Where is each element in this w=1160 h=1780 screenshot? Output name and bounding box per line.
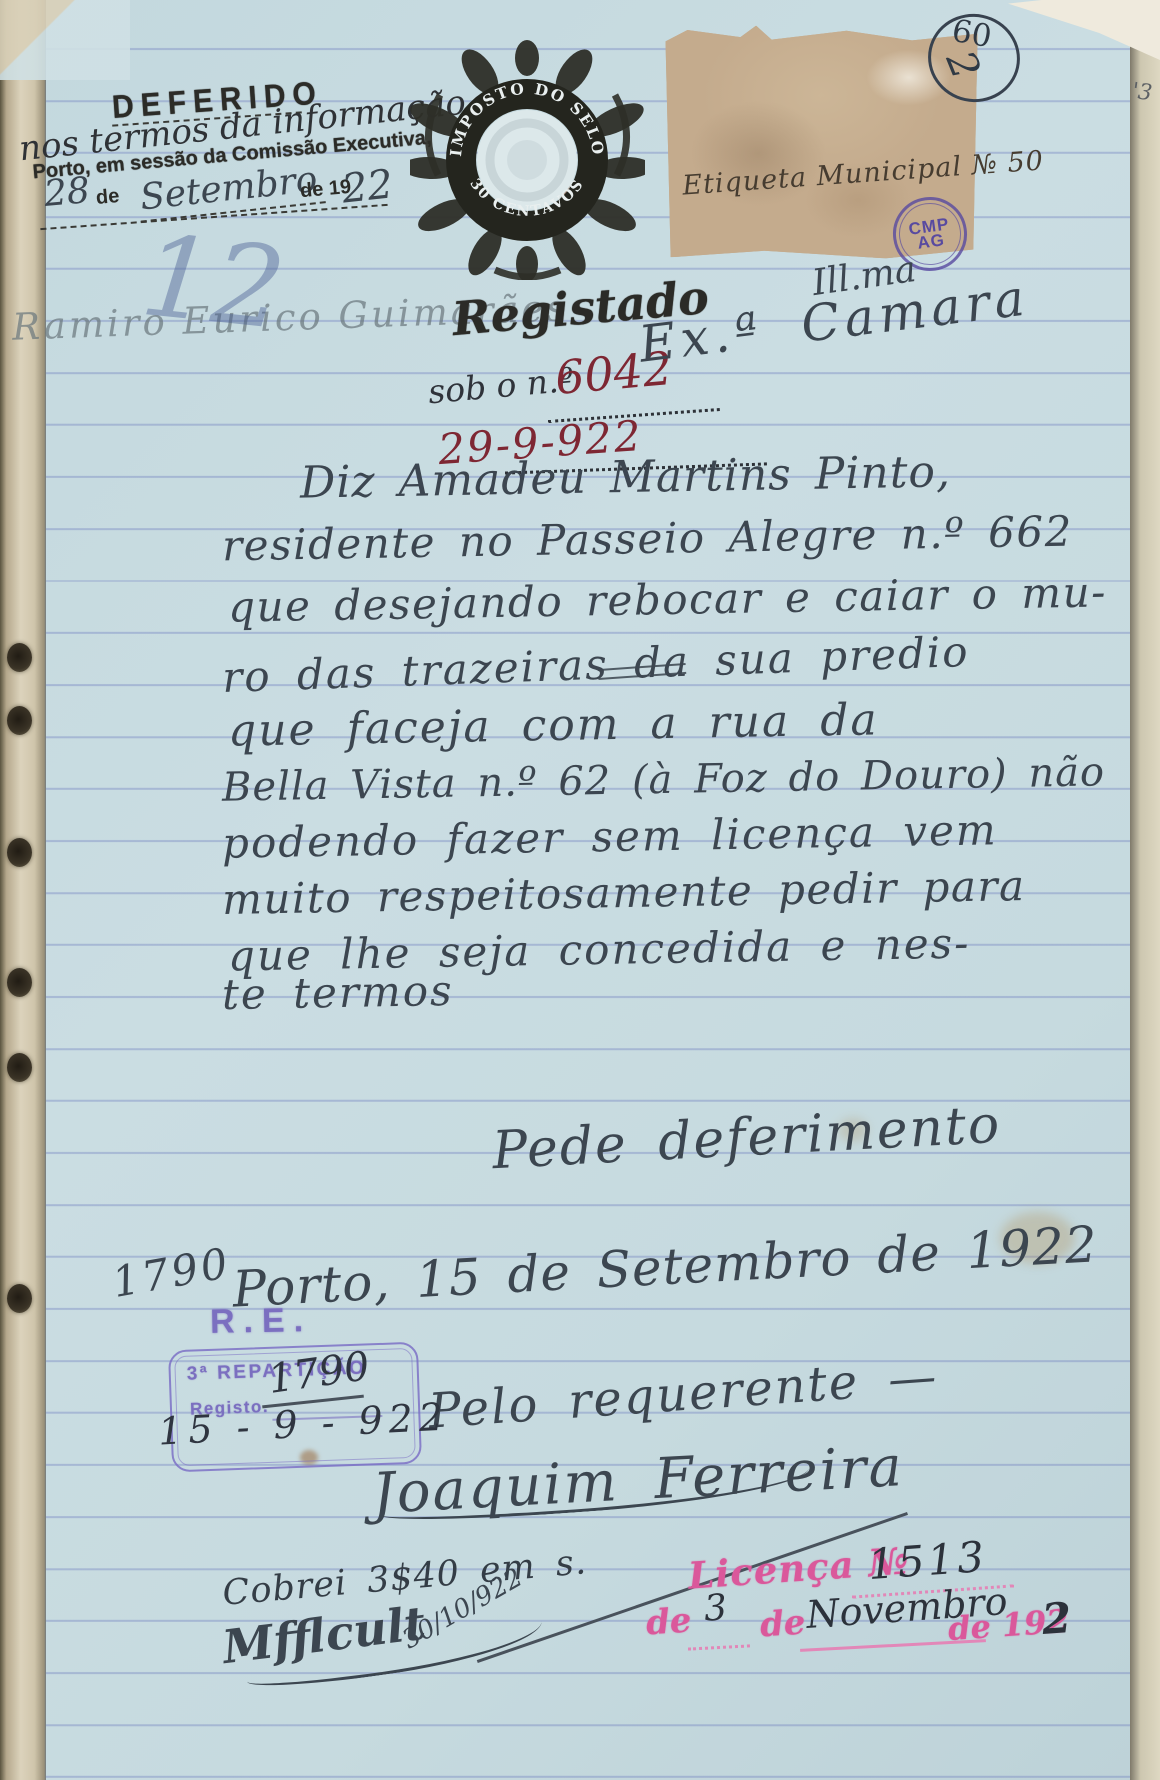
imposto-do-selo-seal: IMPOSTO DO SELO 30 CENTAVOS — [410, 40, 645, 280]
punch-hole — [7, 643, 32, 672]
licenca-de2: de — [759, 1602, 807, 1645]
punch-hole — [7, 706, 32, 735]
torn-top-left-corner — [0, 0, 130, 80]
punch-hole — [7, 1053, 32, 1082]
blue-pencil-mark: 12 — [136, 211, 291, 355]
next-page-edge — [1130, 0, 1160, 1780]
cmp-stamp-line2: AG — [916, 232, 945, 251]
document-scan: DEFERIDO nos termos da informação Porto,… — [0, 0, 1160, 1780]
edge-pencil-mark: '3 — [1130, 79, 1153, 107]
re-stamp: R.E. — [210, 1301, 313, 1342]
licenca-day: 3 — [703, 1587, 729, 1629]
book-spine-edge — [0, 0, 46, 1780]
deferido-date-de1: de — [95, 185, 120, 210]
deferido-date-day: 28 — [42, 170, 91, 215]
body-line: te termos — [222, 966, 454, 1019]
punch-hole — [7, 968, 32, 997]
punch-hole — [7, 838, 32, 867]
licenca-year-digit: 2 — [1040, 1593, 1073, 1644]
licenca-de1: de — [645, 1600, 693, 1643]
punch-hole — [7, 1284, 32, 1313]
